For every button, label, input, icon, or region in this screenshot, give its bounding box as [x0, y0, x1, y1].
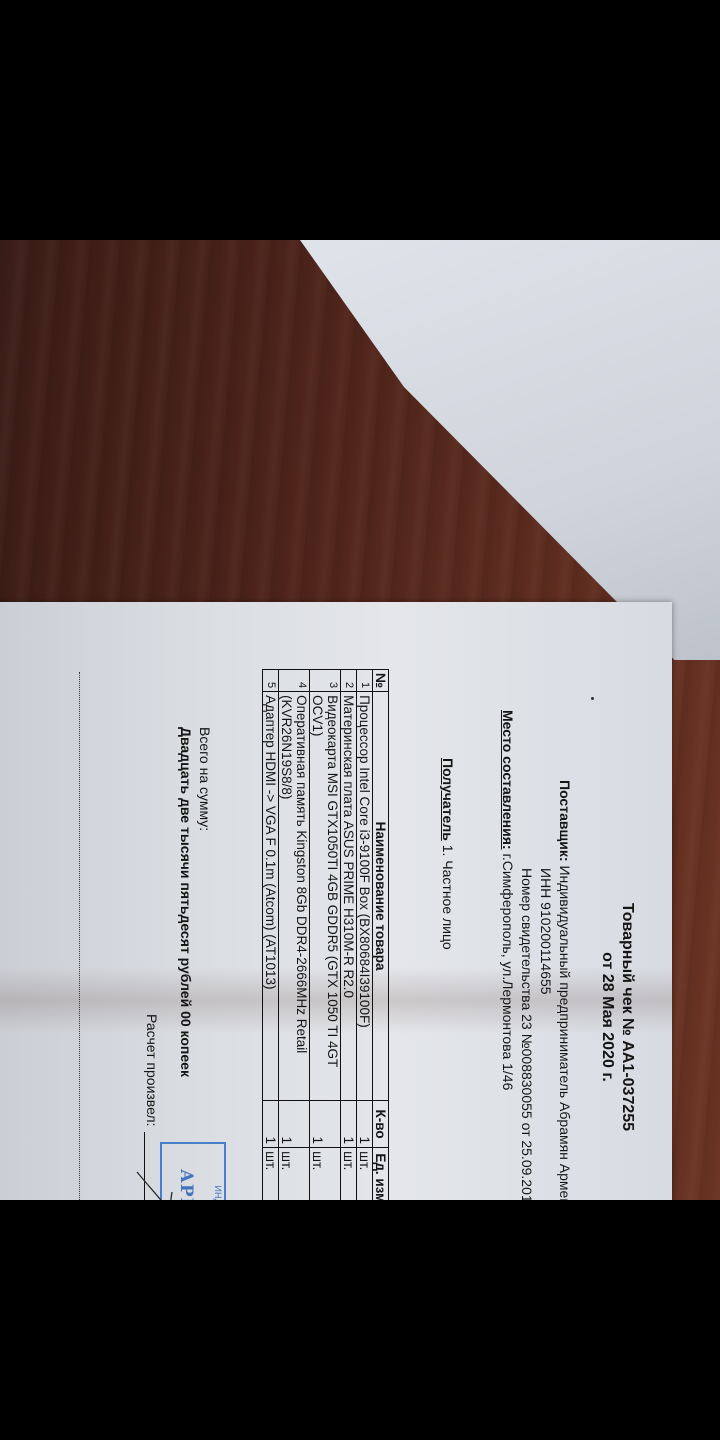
receiver-block: Получатель 1. Частное лицо [440, 758, 456, 950]
table-header-row: № Наименование товара К-во Ед. изм. Цена… [373, 670, 389, 1201]
cell-name: Адаптер HDMI -> VGA F 0.1m (Atcom) (AT10… [263, 692, 279, 1101]
cell-no: 3 [310, 670, 341, 692]
supplier-label: Поставщик: [557, 780, 573, 862]
photo: Товарный чек № АА1-037255 от 28 Мая 2020… [0, 240, 720, 1200]
cell-unit: шт. [263, 1148, 279, 1200]
header-name: Наименование товара [373, 692, 389, 1101]
cell-no: 5 [263, 670, 279, 692]
total-row: Итого: 22'050.00 [247, 670, 263, 1201]
cell-qty: 1 [341, 1101, 357, 1148]
items-table: № Наименование товара К-во Ед. изм. Цена… [246, 669, 389, 1200]
place-block: Место составления: г.Симферополь, ул.Лер… [500, 710, 516, 1090]
header-unit: Ед. изм. [373, 1148, 389, 1200]
dotted-cut-line [79, 672, 80, 1200]
summary-label: Всего на сумму: [195, 727, 214, 1077]
receipt-date: от 28 Мая 2020 г. [598, 602, 616, 1200]
receiver-value: 1. Частное лицо [440, 845, 456, 950]
supplier-certificate: Номер свидетельства 23 №008830055 от 25.… [517, 780, 536, 1200]
payer-label: Расчет произвел: [144, 1014, 160, 1126]
cell-qty: 1 [310, 1101, 341, 1148]
summary-words: Двадцать две тысячи пятьдесят рублей 00 … [176, 727, 195, 1077]
table-row: 1Процессор Intel Core i3-9100F Box (BX80… [357, 670, 373, 1201]
summary-block: Всего на сумму: Двадцать две тысячи пять… [176, 727, 214, 1077]
cell-unit: шт. [357, 1148, 373, 1200]
cell-qty: 1 [263, 1101, 279, 1148]
cell-no: 1 [357, 670, 373, 692]
cell-name: Материнская плата ASUS PRIME H310M-R R2.… [341, 692, 357, 1101]
cell-unit: шт. [310, 1148, 341, 1200]
signature-scribble [122, 1162, 242, 1200]
cell-qty: 1 [279, 1101, 310, 1148]
table-row: 2Материнская плата ASUS PRIME H310M-R R2… [341, 670, 357, 1201]
table-row: 3Видеокарта MSI GTX1050TI 4GB GDDR5 (GTX… [310, 670, 341, 1201]
table-row: 5Адаптер HDMI -> VGA F 0.1m (Atcom) (AT1… [263, 670, 279, 1201]
supplier-name: Индивидуальный предприниматель Абрамян А… [557, 865, 573, 1200]
header-no: № [373, 670, 389, 692]
place-label: Место составления: [500, 710, 516, 850]
cell-no: 4 [279, 670, 310, 692]
receipt-title: Товарный чек № АА1-037255 [618, 602, 636, 1200]
ink-dot [591, 697, 594, 700]
cell-name: Оперативная память Kingston 8Gb DDR4-266… [279, 692, 310, 1101]
supplier-block: Поставщик: Индивидуальный предпринимател… [517, 780, 574, 1200]
receiver-label: Получатель [440, 758, 456, 841]
cell-qty: 1 [357, 1101, 373, 1148]
receipt-paper: Товарный чек № АА1-037255 от 28 Мая 2020… [0, 602, 672, 1200]
cell-name: Процессор Intel Core i3-9100F Box (BX806… [357, 692, 373, 1101]
receipt-document: Товарный чек № АА1-037255 от 28 Мая 2020… [0, 602, 672, 1200]
header-qty: К-во [373, 1101, 389, 1148]
cell-no: 2 [341, 670, 357, 692]
table-row: 4Оперативная память Kingston 8Gb DDR4-26… [279, 670, 310, 1201]
items-table-wrap: № Наименование товара К-во Ед. изм. Цена… [246, 669, 389, 1200]
cell-unit: шт. [279, 1148, 310, 1200]
place-value: г.Симферополь, ул.Лермонтова 1/46 [500, 853, 516, 1090]
cell-unit: шт. [341, 1148, 357, 1200]
supplier-inn: ИНН 910200114655 [536, 780, 555, 1200]
cell-name: Видеокарта MSI GTX1050TI 4GB GDDR5 (GTX … [310, 692, 341, 1101]
